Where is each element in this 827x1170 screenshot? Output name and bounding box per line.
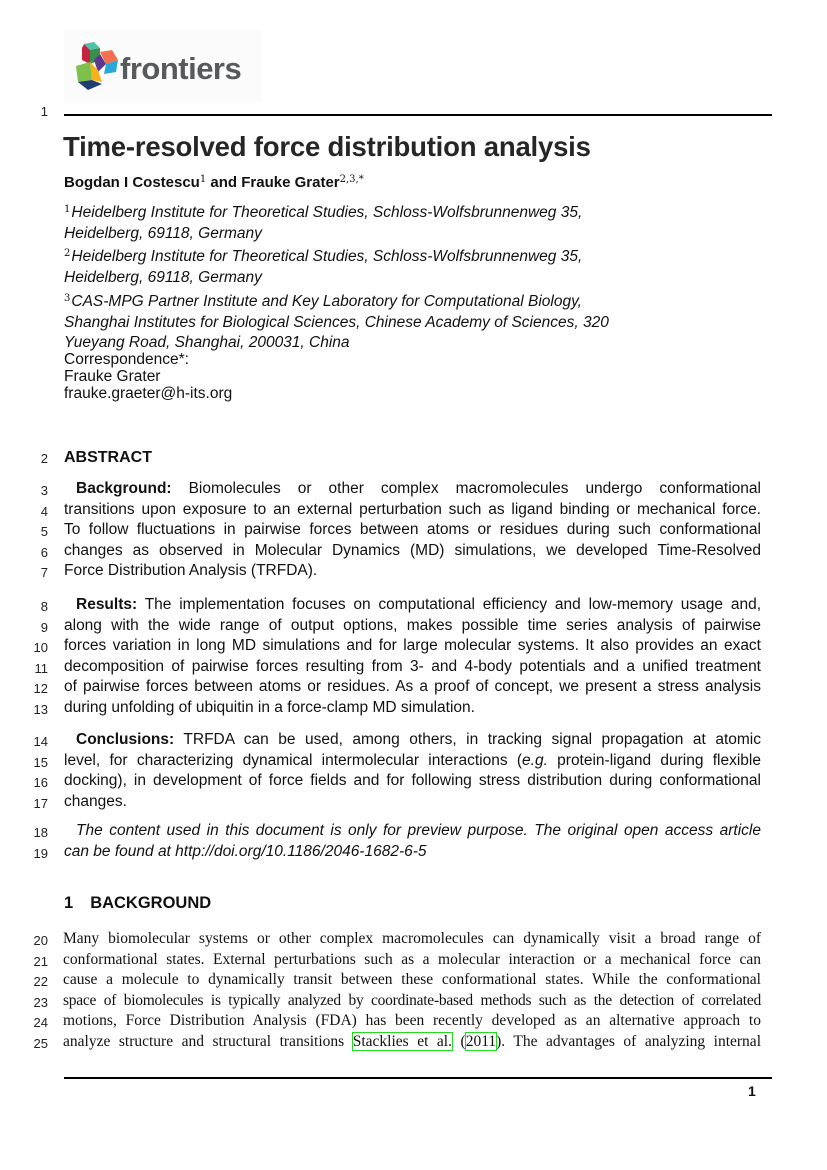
line-numbers-notice: 18 19	[26, 823, 48, 864]
line-number: 22	[26, 972, 48, 993]
line-number: 15	[26, 753, 48, 774]
text-line: decomposition of pairwise forces resulti…	[64, 657, 761, 678]
line-number: 6	[26, 543, 48, 564]
footer-rule	[64, 1077, 772, 1079]
journal-logo-text: frontiers	[120, 51, 241, 87]
section-heading: 1BACKGROUND	[64, 894, 211, 913]
author-affil-sup: 2,3,*	[340, 174, 364, 185]
author-joiner: and	[206, 174, 241, 191]
abstract-label: Results:	[76, 596, 137, 613]
text-line: The content used in this document is onl…	[76, 822, 761, 839]
text-fragment: (	[452, 1033, 466, 1050]
line-number: 1	[26, 104, 48, 119]
line-number: 25	[26, 1034, 48, 1055]
affiliation-line: CAS-MPG Partner Institute and Key Labora…	[71, 293, 582, 310]
text-line: of pairwise forces between atoms or resi…	[64, 677, 761, 698]
text-line: during unfolding of ubiquitin in a force…	[64, 698, 761, 719]
correspondence-name: Frauke Grater	[64, 368, 232, 385]
affiliation-sup: 3	[64, 293, 70, 304]
section-number: 1	[64, 894, 73, 912]
text-line: The implementation focuses on computatio…	[145, 596, 761, 613]
text-line: space of biomolecules is typically analy…	[63, 991, 761, 1012]
abstract-heading: ABSTRACT	[64, 449, 152, 467]
affiliation: 1Heidelberg Institute for Theoretical St…	[64, 200, 684, 244]
doi-link[interactable]: can be found at http://doi.org/10.1186/2…	[64, 842, 761, 863]
abstract-label: Background:	[76, 480, 172, 497]
correspondence-email[interactable]: frauke.graeter@h-its.org	[64, 385, 232, 402]
text-line: Biomolecules or other complex macromolec…	[189, 480, 761, 497]
header-rule	[64, 114, 772, 116]
text-line: changes as observed in Molecular Dynamic…	[64, 541, 761, 562]
abstract-conclusions-paragraph: Conclusions: TRFDA can be used, among ot…	[64, 730, 761, 812]
line-number: 12	[26, 679, 48, 700]
line-number: 2	[26, 451, 48, 466]
text-line: transitions upon exposure to an external…	[64, 500, 761, 521]
author-name: Bogdan I Costescu	[64, 174, 200, 191]
line-number: 5	[26, 522, 48, 543]
text-fragment: protein-ligand during flexible	[548, 752, 761, 769]
text-line: cause a molecule to dynamically transit …	[63, 970, 761, 991]
line-number: 18	[26, 823, 48, 844]
abstract-label: Conclusions:	[76, 731, 174, 748]
affiliation: 3CAS-MPG Partner Institute and Key Labor…	[64, 289, 684, 354]
text-line: conformational states. External perturba…	[63, 950, 761, 971]
citation-year-link[interactable]: 2011	[466, 1033, 496, 1050]
abstract-results-paragraph: Results: The implementation focuses on c…	[64, 595, 761, 719]
line-number: 13	[26, 700, 48, 721]
text-line: To follow fluctuations in pairwise force…	[64, 520, 761, 541]
text-line: docking), in development of force fields…	[64, 771, 761, 792]
line-number: 19	[26, 844, 48, 865]
frontiers-cubes-icon	[74, 40, 122, 92]
affiliation-line: Heidelberg, 69118, Germany	[64, 268, 684, 289]
line-numbers-results: 8 9 10 11 12 13	[26, 597, 48, 721]
text-line: motions, Force Distribution Analysis (FD…	[63, 1011, 761, 1032]
section-title: BACKGROUND	[90, 894, 211, 912]
line-numbers-section1: 20 21 22 23 24 25	[26, 931, 48, 1055]
text-line: Many biomolecular systems or other compl…	[63, 929, 761, 950]
line-number: 8	[26, 597, 48, 618]
line-number: 24	[26, 1013, 48, 1034]
affiliation-sup: 2	[64, 248, 70, 259]
affiliations: 1Heidelberg Institute for Theoretical St…	[64, 200, 684, 354]
preview-notice: The content used in this document is onl…	[64, 821, 761, 862]
affiliation-line: Heidelberg Institute for Theoretical Stu…	[71, 248, 582, 265]
line-number: 7	[26, 563, 48, 584]
affiliation-line: Shanghai Institutes for Biological Scien…	[64, 313, 684, 334]
line-number: 10	[26, 638, 48, 659]
author-list: Bogdan I Costescu1 and Frauke Grater2,3,…	[64, 174, 364, 191]
author-name: Frauke Grater	[241, 174, 339, 191]
line-number: 20	[26, 931, 48, 952]
line-number: 9	[26, 618, 48, 639]
line-number: 21	[26, 952, 48, 973]
line-numbers-conclusions: 14 15 16 17	[26, 732, 48, 814]
affiliation-line: Heidelberg, 69118, Germany	[64, 224, 684, 245]
text-line: along with the wide range of output opti…	[64, 616, 761, 637]
affiliation-sup: 1	[64, 204, 70, 215]
text-line: changes.	[64, 792, 761, 813]
line-number: 4	[26, 502, 48, 523]
page-number: 1	[748, 1083, 756, 1099]
section1-body: Many biomolecular systems or other compl…	[63, 929, 761, 1053]
line-number: 17	[26, 794, 48, 815]
line-number: 3	[26, 481, 48, 502]
citation-author-link[interactable]: Stacklies et al.	[353, 1033, 452, 1050]
text-fragment: analyze structure and structural transit…	[63, 1033, 353, 1050]
text-fragment: level, for characterizing dynamical inte…	[64, 752, 522, 769]
abstract-background-paragraph: Background: Biomolecules or other comple…	[64, 479, 761, 582]
correspondence-label: Correspondence*:	[64, 351, 232, 368]
affiliation: 2Heidelberg Institute for Theoretical St…	[64, 244, 684, 288]
line-number: 23	[26, 993, 48, 1014]
line-number: 16	[26, 773, 48, 794]
correspondence: Correspondence*: Frauke Grater frauke.gr…	[64, 351, 232, 402]
text-fragment: ). The advantages of analyzing internal	[496, 1033, 761, 1050]
article-title: Time-resolved force distribution analysi…	[63, 131, 591, 163]
text-line: forces variation in long MD simulations …	[64, 636, 761, 657]
line-number: 11	[26, 659, 48, 680]
text-line: TRFDA can be used, among others, in trac…	[183, 731, 761, 748]
text-italic: e.g.	[522, 752, 548, 769]
line-numbers-background: 3 4 5 6 7	[26, 481, 48, 584]
line-number: 14	[26, 732, 48, 753]
affiliation-line: Heidelberg Institute for Theoretical Stu…	[71, 204, 582, 221]
text-line: Force Distribution Analysis (TRFDA).	[64, 561, 761, 582]
